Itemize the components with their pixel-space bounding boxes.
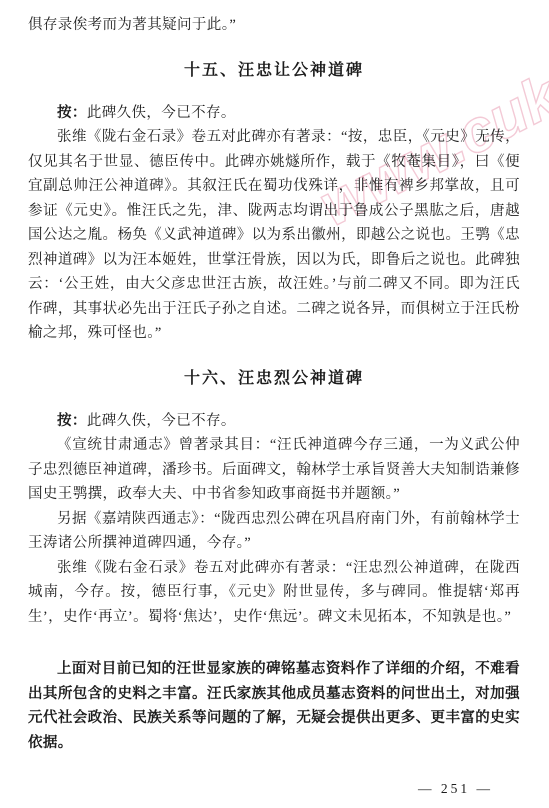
- section-16-paragraph-1: 《宣统甘肃通志》曾著录其目：“汪氏神道碑今存三通，一为义武公仲子忠烈德臣神道碑，…: [28, 433, 520, 507]
- note-text: 此碑久佚，今已不存。: [87, 105, 236, 121]
- section-16-heading: 十六、汪忠烈公神道碑: [28, 369, 520, 389]
- closing-paragraph: 上面对目前已知的汪世显家族的碑铭墓志资料作了详细的介绍，不难看出其所包含的史料之…: [28, 657, 520, 755]
- page-number: — 251 —: [418, 781, 493, 797]
- section-16-paragraph-3: 张维《陇右金石录》卷五对此碑亦有著录：“汪忠烈公神道碑，在陇西城南，今存。按，德…: [28, 556, 520, 630]
- document-page: 俱存录俟考而为著其疑问于此。” 十五、汪忠让公神道碑 按：此碑久佚，今已不存。 …: [0, 0, 549, 808]
- section-16-note: 按：此碑久佚，今已不存。: [28, 409, 520, 434]
- note-text: 此碑久佚，今已不存。: [87, 413, 236, 429]
- carryover-line: 俱存录俟考而为著其疑问于此。”: [28, 13, 520, 38]
- note-label: 按：: [57, 105, 87, 121]
- note-label: 按：: [57, 413, 87, 429]
- section-15-paragraph: 张维《陇右金石录》卷五对此碑亦有著录：“按，忠臣，《元史》无传，仅见其名于世显、…: [28, 125, 520, 346]
- section-15-heading: 十五、汪忠让公神道碑: [28, 61, 520, 81]
- section-16-paragraph-2: 另据《嘉靖陕西通志》：“陇西忠烈公碑在巩昌府南门外，有前翰林学士王涛诸公所撰神道…: [28, 507, 520, 556]
- section-15-note: 按：此碑久佚，今已不存。: [28, 101, 520, 126]
